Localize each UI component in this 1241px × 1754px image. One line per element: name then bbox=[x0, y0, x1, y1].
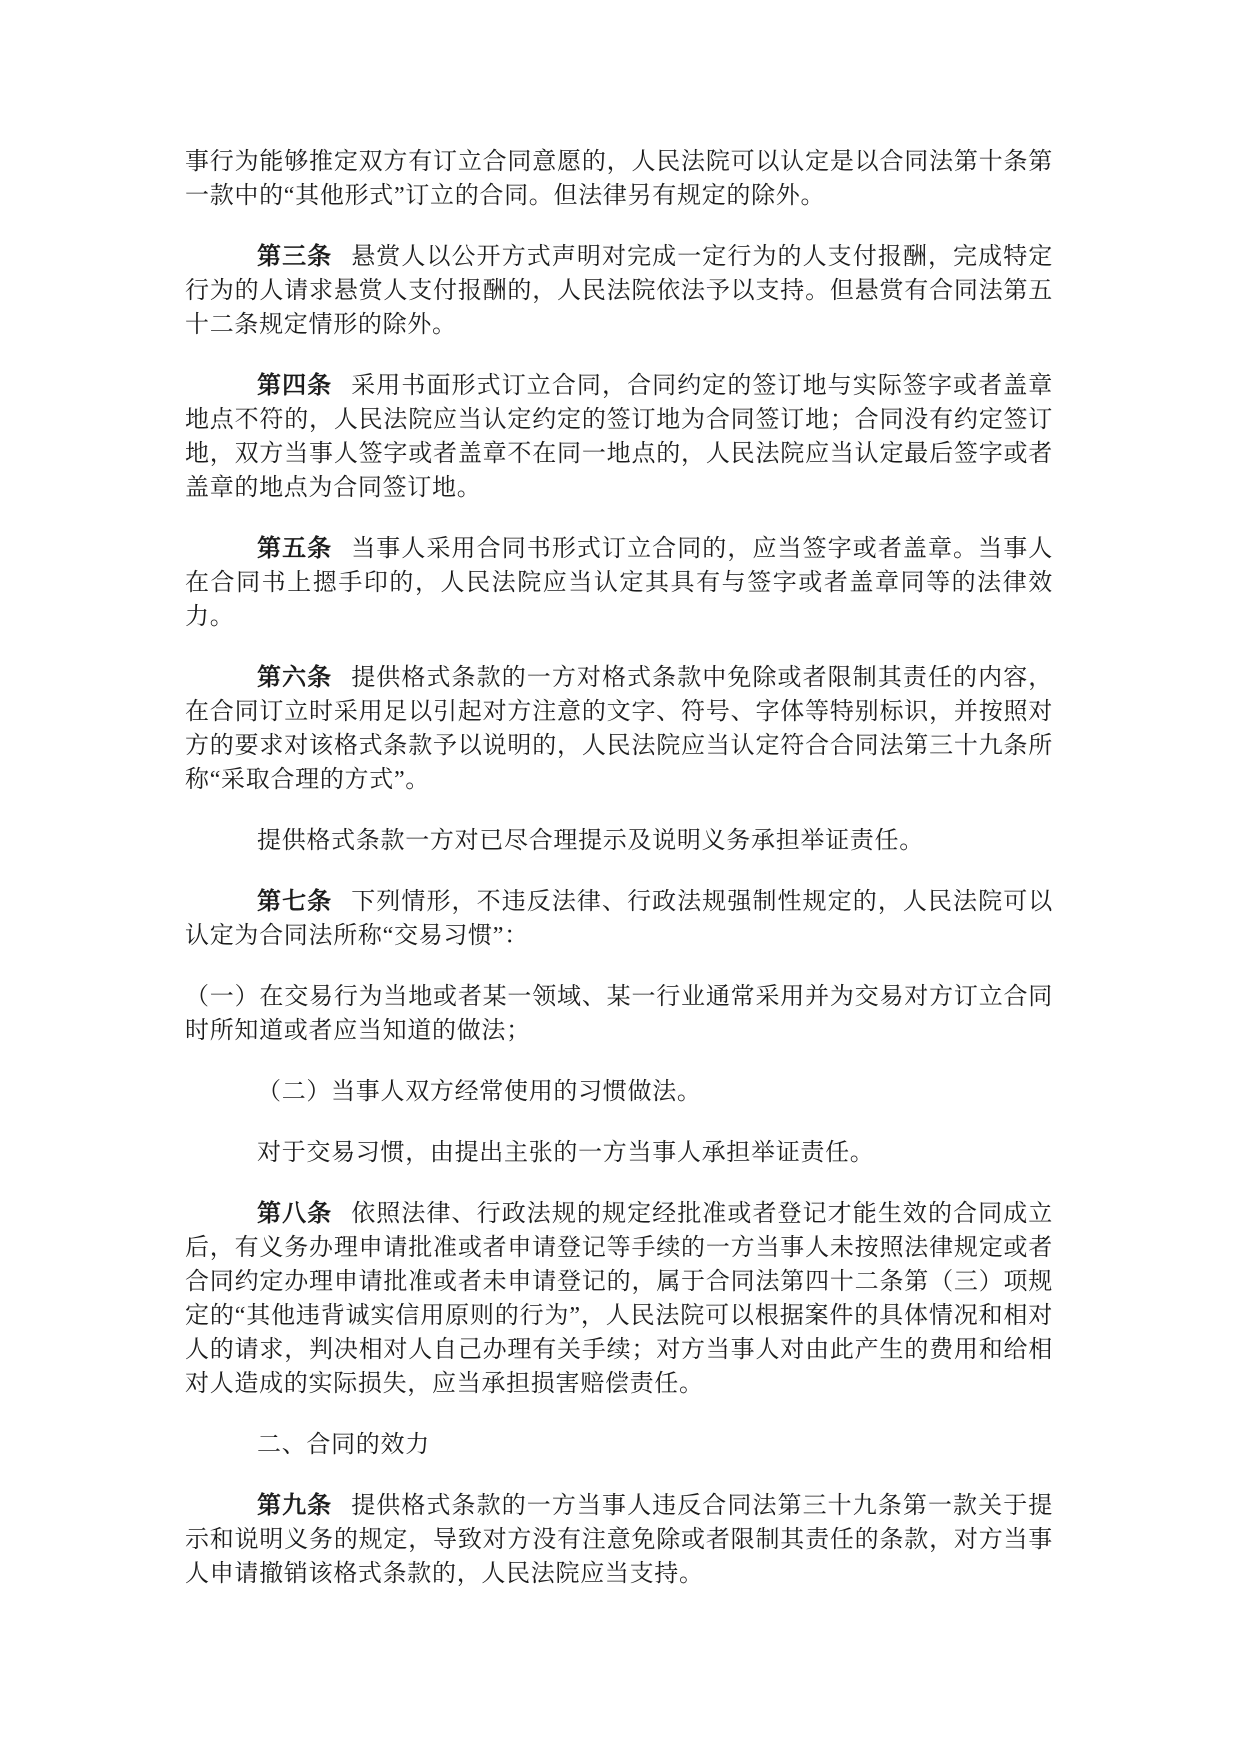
paragraph-article-9: 第九条提供格式条款的一方当事人违反合同法第三十九条第一款关于提示和说明义务的规定… bbox=[185, 1489, 1053, 1591]
document-content: 事行为能够推定双方有订立合同意愿的，人民法院可以认定是以合同法第十条第一款中的“… bbox=[185, 145, 1053, 1591]
article-6-label: 第六条 bbox=[257, 665, 332, 691]
paragraph-trade-usage-burden: 对于交易习惯，由提出主张的一方当事人承担举证责任。 bbox=[185, 1136, 1053, 1170]
article-8-label: 第八条 bbox=[257, 1201, 332, 1227]
article-5-label: 第五条 bbox=[257, 536, 332, 562]
article-9-label: 第九条 bbox=[257, 1493, 332, 1519]
article-7-label: 第七条 bbox=[257, 889, 332, 915]
paragraph-article-7: 第七条下列情形，不违反法律、行政法规强制性规定的，人民法院可以认定为合同法所称“… bbox=[185, 885, 1053, 953]
paragraph-burden-of-proof-clause: 提供格式条款一方对已尽合理提示及说明义务承担举证责任。 bbox=[185, 824, 1053, 858]
paragraph-article-4: 第四条采用书面形式订立合同，合同约定的签订地与实际签字或者盖章地点不符的，人民法… bbox=[185, 369, 1053, 505]
paragraph-continuation: 事行为能够推定双方有订立合同意愿的，人民法院可以认定是以合同法第十条第一款中的“… bbox=[185, 145, 1053, 213]
article-8-text: 依照法律、行政法规的规定经批准或者登记才能生效的合同成立后，有义务办理申请批准或… bbox=[185, 1201, 1053, 1397]
document-page: 事行为能够推定双方有订立合同意愿的，人民法院可以认定是以合同法第十条第一款中的“… bbox=[0, 0, 1241, 1754]
section-heading-contract-validity: 二、合同的效力 bbox=[185, 1428, 1053, 1462]
paragraph-article-3: 第三条悬赏人以公开方式声明对完成一定行为的人支付报酬，完成特定行为的人请求悬赏人… bbox=[185, 240, 1053, 342]
paragraph-article-6: 第六条提供格式条款的一方对格式条款中免除或者限制其责任的内容，在合同订立时采用足… bbox=[185, 661, 1053, 797]
paragraph-article-8: 第八条依照法律、行政法规的规定经批准或者登记才能生效的合同成立后，有义务办理申请… bbox=[185, 1197, 1053, 1401]
article-3-label: 第三条 bbox=[257, 244, 332, 270]
article-4-label: 第四条 bbox=[257, 373, 332, 399]
paragraph-item-2: （二）当事人双方经常使用的习惯做法。 bbox=[185, 1075, 1053, 1109]
paragraph-item-1: （一）在交易行为当地或者某一领域、某一行业通常采用并为交易对方订立合同时所知道或… bbox=[185, 980, 1053, 1048]
paragraph-article-5: 第五条当事人采用合同书形式订立合同的，应当签字或者盖章。当事人在合同书上摁手印的… bbox=[185, 532, 1053, 634]
